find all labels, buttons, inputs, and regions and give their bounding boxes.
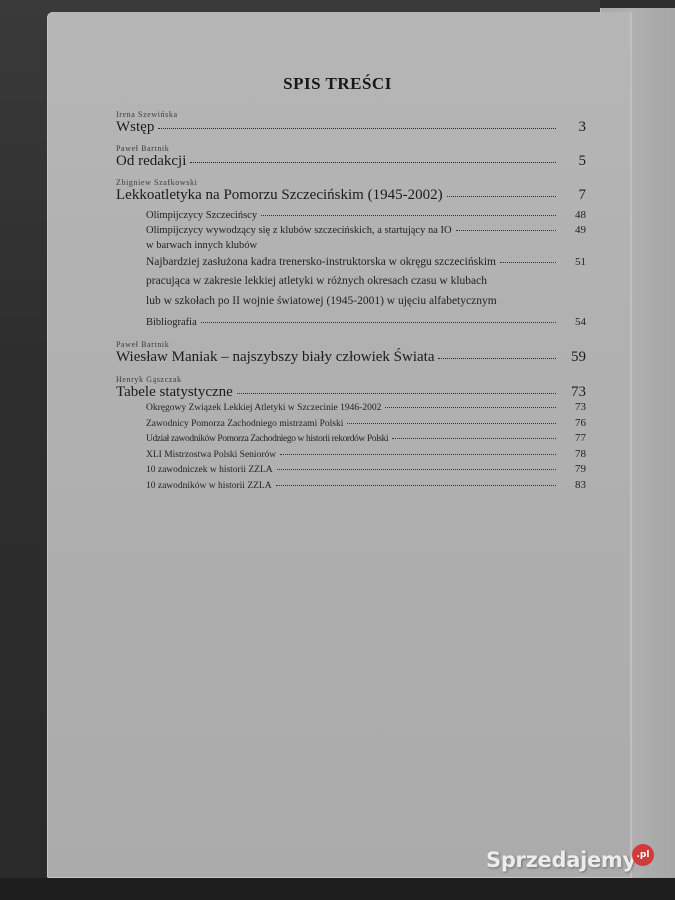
page-number: 5 [560,153,586,169]
table-of-contents: Irena Szewińska Wstęp 3 Paweł Bartnik Od… [116,110,586,503]
toc-subentry: Udział zawodników Pomorza Zachodniego w … [116,431,586,447]
leader-dots [385,406,556,408]
entry-title: Wstęp [116,119,154,135]
toc-subentry: Bibliografia 54 [116,315,586,330]
entry-title: Wiesław Maniak – najszybszy biały człowi… [116,349,434,365]
subentry-title: 10 zawodników w historii ZZLA [146,479,272,494]
subentry-title: Olimpijczycy wywodzący się z klubów szcz… [146,223,452,238]
section-author: Paweł Bartnik [116,340,586,349]
toc-section: Paweł Bartnik Od redakcji 5 [116,144,586,169]
page-number: 79 [560,462,586,477]
page-title: SPIS TREŚCI [0,74,675,94]
leader-dots [447,195,556,197]
leader-dots [201,321,556,323]
page-number: 3 [560,119,586,135]
toc-subentry: Zawodnicy Pomorza Zachodniego mistrzami … [116,416,586,432]
background-corner [600,0,675,8]
section-author: Henryk Gąszczak [116,375,586,384]
entry-title: Od redakcji [116,153,186,169]
page-number: 59 [560,349,586,365]
subentry-title: Olimpijczycy Szczecińscy [146,208,257,223]
toc-section: Henryk Gąszczak Tabele statystyczne 73 O… [116,375,586,493]
section-author: Zbigniew Szafkowski [116,178,586,187]
entry-title: Lekkoatletyka na Pomorzu Szczecińskim (1… [116,187,443,203]
subentry-title: Okręgowy Związek Lekkiej Atletyki w Szcz… [146,401,381,416]
watermark-badge: .pl [632,844,654,866]
toc-entry: Wstęp 3 [116,119,586,135]
toc-section: Irena Szewińska Wstęp 3 [116,110,586,135]
toc-entry: Wiesław Maniak – najszybszy biały człowi… [116,349,586,365]
page-number: 78 [560,447,586,462]
page-number: 76 [560,416,586,431]
page-number: 49 [560,223,586,238]
leader-dots [158,127,556,129]
page-number: 7 [560,187,586,203]
toc-subentry: 10 zawodniczek w historii ZZLA 79 [116,462,586,478]
toc-subentry: Najbardziej zasłużona kadra trenersko-in… [116,253,586,271]
page-number: 83 [560,478,586,493]
subentry-title: XLI Mistrzostwa Polski Seniorów [146,448,276,463]
leader-dots [261,214,556,216]
watermark-logo: Sprzedajemy [486,848,636,872]
toc-subentry: Olimpijczycy Szczecińscy 48 [116,208,586,223]
leader-dots [456,229,556,231]
entry-title: Tabele statystyczne [116,384,233,400]
page-number: 73 [560,400,586,415]
leader-dots [276,484,556,486]
toc-entry: Lekkoatletyka na Pomorzu Szczecińskim (1… [116,187,586,203]
leader-dots [347,422,556,424]
toc-subentry: 10 zawodników w historii ZZLA 83 [116,478,586,494]
page-number: 54 [560,315,586,330]
leader-dots [190,161,556,163]
toc-subentry: Okręgowy Związek Lekkiej Atletyki w Szcz… [116,400,586,416]
leader-dots [280,453,556,455]
subentry-title: 10 zawodniczek w historii ZZLA [146,463,273,478]
toc-section: Zbigniew Szafkowski Lekkoatletyka na Pom… [116,178,586,330]
subentry-continuation: pracująca w zakresie lekkiej atletyki w … [116,271,586,291]
section-author: Paweł Bartnik [116,144,586,153]
toc-entry: Od redakcji 5 [116,153,586,169]
page-number: 48 [560,208,586,223]
page-number: 51 [560,253,586,271]
subentry-title: Bibliografia [146,315,197,330]
toc-section: Paweł Bartnik Wiesław Maniak – najszybsz… [116,340,586,365]
toc-entry: Tabele statystyczne 73 [116,384,586,400]
page-number: 73 [560,384,586,400]
subentry-continuation: w barwach innych klubów [116,238,586,253]
leader-dots [392,437,556,439]
leader-dots [237,392,556,394]
page-number: 77 [560,431,586,446]
page-edge [630,12,632,878]
leader-dots [500,261,556,263]
subentry-title: Zawodnicy Pomorza Zachodniego mistrzami … [146,417,343,432]
subentry-title: Udział zawodników Pomorza Zachodniego w … [146,432,388,447]
section-author: Irena Szewińska [116,110,586,119]
bottom-shadow [0,878,675,900]
subentry-title: Najbardziej zasłużona kadra trenersko-in… [146,253,496,271]
leader-dots [438,357,556,359]
subentry-continuation: lub w szkołach po II wojnie światowej (1… [116,291,586,311]
leader-dots [277,468,556,470]
toc-subentry: XLI Mistrzostwa Polski Seniorów 78 [116,447,586,463]
toc-subentry: Olimpijczycy wywodzący się z klubów szcz… [116,223,586,238]
